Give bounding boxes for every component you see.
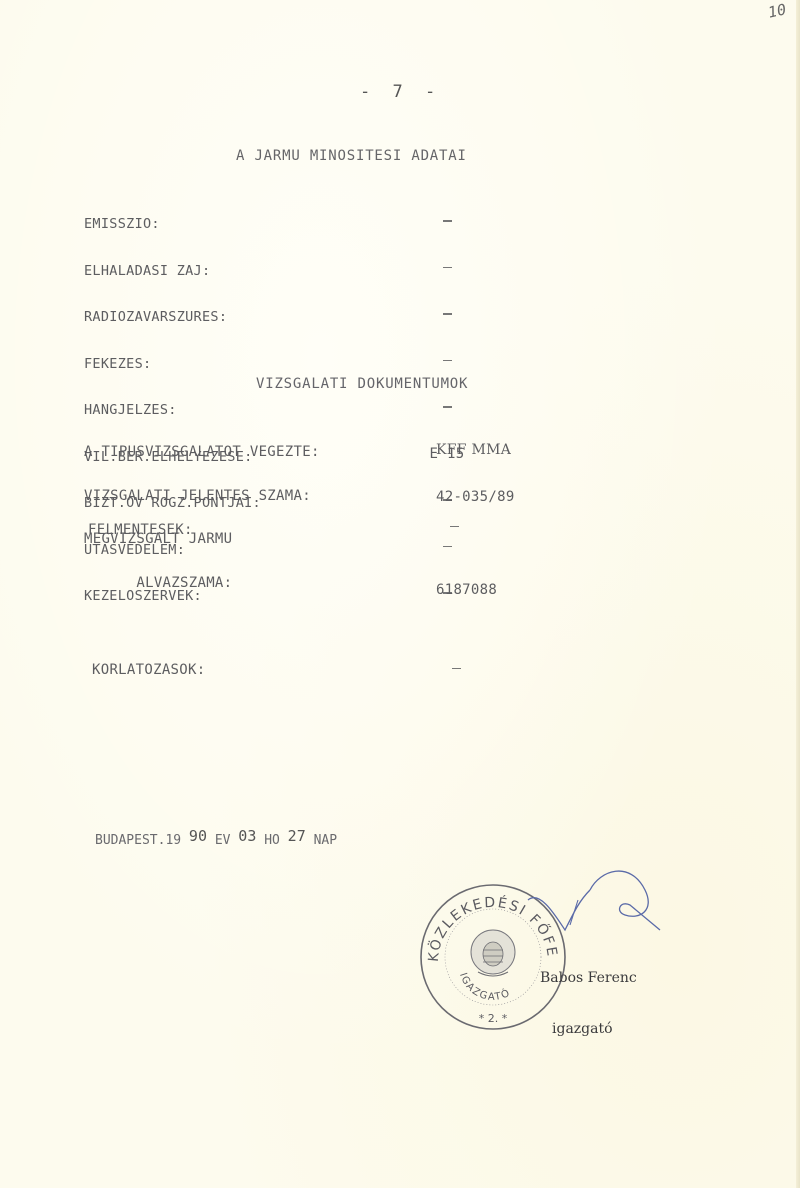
- field-label-passing-noise: ELHALADASI ZAJ:: [84, 264, 261, 280]
- coat-of-arms-icon: [471, 930, 515, 976]
- date-month-label: HO: [264, 833, 280, 848]
- date-prefix: BUDAPEST.19: [95, 833, 181, 848]
- date-year: 90: [189, 827, 207, 845]
- date-day: 27: [288, 827, 306, 845]
- field-label-radio-interference: RADIOZAVARSZURES:: [84, 310, 261, 326]
- handwritten-corner-note: 10: [766, 0, 787, 21]
- restrictions-value: [452, 658, 461, 677]
- restrictions-label: KORLATOZASOK:: [92, 662, 205, 678]
- chassis-value: 6187088: [436, 583, 515, 599]
- dash-mark: [443, 220, 452, 222]
- field-value-radio-interference: [425, 307, 469, 323]
- rating-section-title: A JARMU MINOSITESI ADATAI: [236, 148, 467, 164]
- dash-mark: [452, 668, 461, 670]
- signer-block: Babos Ferenc igazgató: [540, 936, 637, 1055]
- test-document-labels: A TIPUSVIZSGALATOT VEGEZTE: VIZSGALATI J…: [84, 416, 320, 605]
- report-number-label: VIZSGALATI JELENTES SZAMA:: [84, 489, 320, 504]
- performed-by-label: A TIPUSVIZSGALATOT VEGEZTE:: [84, 445, 320, 460]
- chassis-label-line2: ALVAZSZAMA:: [84, 576, 320, 591]
- stamp-inner-text: IGAZGATÓ: [457, 972, 513, 1004]
- date-month: 03: [238, 827, 256, 845]
- date-line: BUDAPEST.19 90 EV 03 HO 27 NAP: [95, 830, 337, 848]
- page-edge-shadow: [796, 0, 800, 1188]
- stamp-number: * 2. *: [479, 1012, 508, 1025]
- date-year-label: EV: [215, 833, 231, 848]
- dash-mark: [450, 526, 459, 528]
- exemptions-value: [450, 516, 459, 535]
- field-label-braking: FEKEZES:: [84, 357, 261, 373]
- spacer: [436, 536, 515, 552]
- dash-mark: [443, 360, 452, 362]
- performed-by-value: KFF MMA: [436, 443, 515, 459]
- page-number: - 7 -: [360, 82, 441, 102]
- test-document-values: KFF MMA 42-035/89 6187088: [436, 412, 515, 614]
- signer-name: Babos Ferenc: [540, 970, 637, 987]
- dash-mark: [443, 406, 452, 408]
- date-day-label: NAP: [314, 833, 337, 848]
- exemptions-label: FELMENTESEK:: [88, 522, 193, 538]
- field-value-emission: [425, 214, 469, 230]
- svg-text:IGAZGATÓ: IGAZGATÓ: [457, 972, 513, 1004]
- field-label-emission: EMISSZIO:: [84, 217, 261, 233]
- report-number-value: 42-035/89: [436, 490, 515, 506]
- field-value-braking: [425, 354, 469, 370]
- dash-mark: [443, 267, 452, 269]
- test-documents-title: VIZSGALATI DOKUMENTUMOK: [256, 376, 468, 392]
- signer-title: igazgató: [540, 1021, 637, 1038]
- dash-mark: [443, 313, 452, 315]
- field-value-passing-noise: [425, 261, 469, 277]
